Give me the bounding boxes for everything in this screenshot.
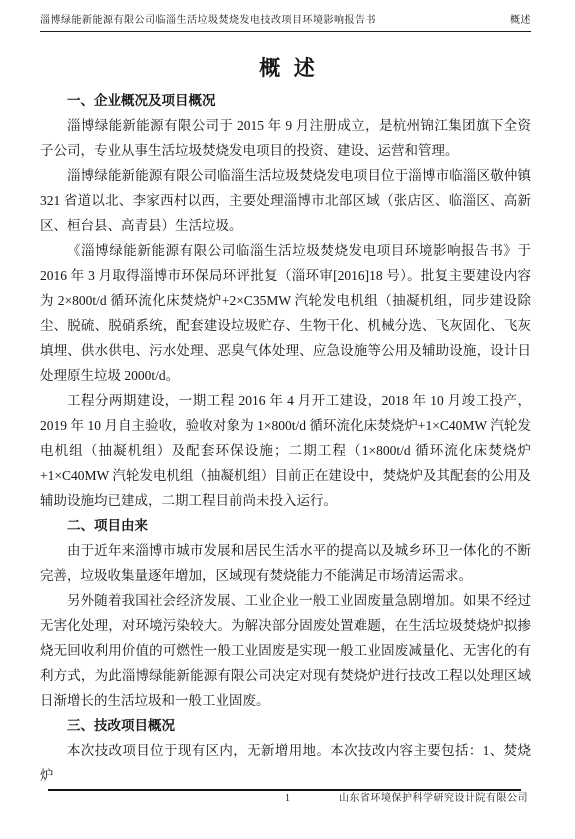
paragraph: 淄博绿能新能源有限公司于 2015 年 9 月注册成立，是杭州锦江集团旗下全资子… (40, 113, 531, 163)
paragraph: 本次技改项目位于现有区内，无新增用地。本次技改内容主要包括：1、焚烧炉 (40, 738, 531, 788)
paragraph: 《淄博绿能新能源有限公司临淄生活垃圾焚烧发电项目环境影响报告书》于 2016 年… (40, 238, 531, 388)
section-1-heading: 一、企业概况及项目概况 (40, 88, 531, 113)
document-page: 淄博绿能新能源有限公司临淄生活垃圾焚烧发电技改项目环境影响报告书 概述 概 述 … (0, 0, 575, 839)
section-2-heading: 二、项目由来 (40, 513, 531, 538)
footer-company-name: 山东省环境保护科学研究设计院有限公司 (339, 792, 528, 806)
header-doc-title: 淄博绿能新能源有限公司临淄生活垃圾焚烧发电技改项目环境影响报告书 (40, 14, 376, 28)
footer-divider (48, 789, 521, 791)
section-3-heading: 三、技改项目概况 (40, 713, 531, 738)
page-title: 概 述 (0, 52, 575, 82)
paragraph: 由于近年来淄博市城市发展和居民生活水平的提高以及城乡环卫一体化的不断完善，垃圾收… (40, 538, 531, 588)
page-header: 淄博绿能新能源有限公司临淄生活垃圾焚烧发电技改项目环境影响报告书 概述 (40, 14, 531, 32)
paragraph: 工程分两期建设，一期工程 2016 年 4 月开工建设，2018 年 10 月竣… (40, 388, 531, 513)
paragraph: 另外随着我国社会经济发展、工业企业一般工业固废量急剧增加。如果不经过无害化处理，… (40, 588, 531, 713)
header-section-label: 概述 (510, 14, 531, 28)
paragraph: 淄博绿能新能源有限公司临淄生活垃圾焚烧发电项目位于淄博市临淄区敬仲镇 321 省… (40, 163, 531, 238)
document-body: 一、企业概况及项目概况 淄博绿能新能源有限公司于 2015 年 9 月注册成立，… (40, 88, 531, 788)
